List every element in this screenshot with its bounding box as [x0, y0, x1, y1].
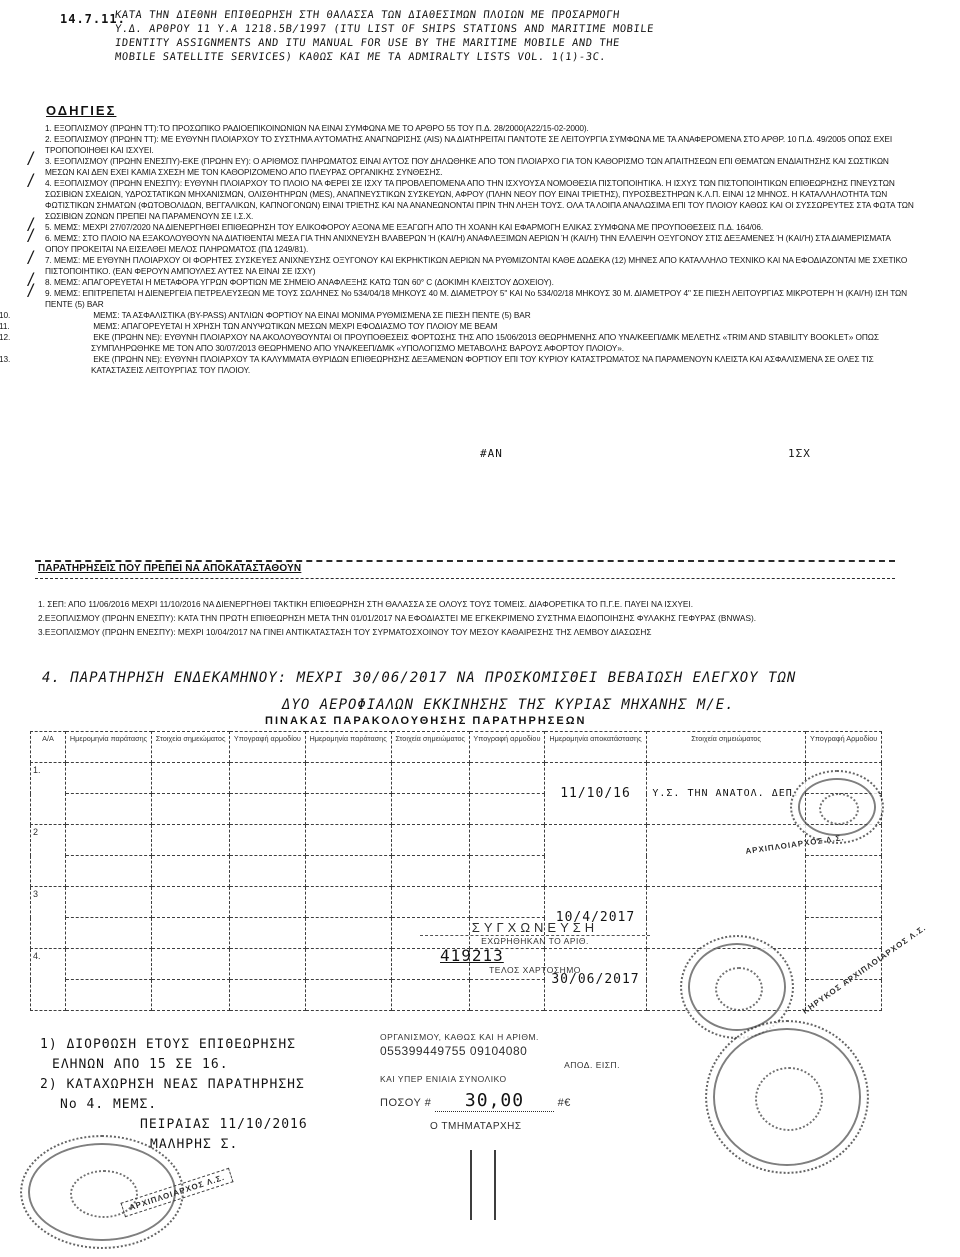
instruction-number: 13. [45, 354, 91, 365]
column-header: Υπογραφή αρμοδίου [230, 732, 305, 763]
table-cell [305, 949, 391, 980]
table-cell [469, 887, 544, 918]
table-cell [230, 825, 305, 856]
header-line: IDENTITY ASSIGNMENTS AND ITU MANUAL FOR … [114, 36, 654, 50]
handwritten-line: 2) ΚΑΤΑΧΩΡΗΣΗ ΝΕΑΣ ΠΑΡΑΤΗΡΗΣΗΣ [40, 1075, 308, 1095]
table-cell [469, 763, 544, 794]
table-cell [391, 794, 469, 825]
fee-stamp-line: ΤΕΛΟΣ ΧΑΡΤΟΣΗΜΟ [420, 965, 650, 975]
header-text: ΚΑΤΑ ΤΗΝ ΔΙΕΘΝΗ ΕΠΙΘΕΩΡΗΣΗ ΣΤΗ ΘΑΛΑΣΣΑ Τ… [115, 8, 654, 64]
instruction-item: /7. ΜΕΜΣ: ΜΕ ΕΥΘΥΝΗ ΠΛΟΙΑΡΧΟΥ ΟΙ ΦΟΡΗΤΕΣ… [45, 255, 915, 277]
instruction-number: 10. [45, 310, 91, 321]
instruction-number: 6. [45, 233, 52, 244]
table-cell [230, 794, 305, 825]
observation-item: 3.ΕΞΟΠΛΙΣΜΟΥ (ΠΡΩΗΝ ΕΝΕΣΠΥ): ΜΕΧΡΙ 10/04… [38, 625, 908, 639]
column-header: Στοιχεία σημειώματος [391, 732, 469, 763]
table-row: 310/4/2017 [31, 887, 882, 918]
fee-stamp-line: ΕΧΩΡΗΘΗΚΑΝ ΤΟ ΑΡΙΘ. [420, 936, 650, 946]
table-cell [152, 887, 230, 918]
column-header: Ημερομηνία παράτασης [66, 732, 152, 763]
instruction-text: ΕΚΕ (ΠΡΩΗΝ ΝΕ): ΕΥΘΥΝΗ ΠΛΟΙΑΡΧΟΥ ΤΑ ΚΑΛΥ… [91, 354, 874, 375]
instruction-item: 2. ΕΞΟΠΛΙΣΜΟΥ (ΠΡΩΗΝ ΤΤ): ΜΕ ΕΥΘΥΝΗ ΠΛΟΙ… [45, 134, 915, 156]
table-cell [66, 918, 152, 949]
table-cell [66, 794, 152, 825]
checkmark-icon: / [28, 154, 33, 165]
checkmark-icon: / [28, 176, 33, 187]
table-cell: 11/10/16 [545, 763, 647, 825]
column-header: Α/Α [31, 732, 66, 763]
table-cell: Υ.Σ. ΤΗΝ ΑΝΑΤΟΛ. ΔΕΠ. [646, 763, 805, 825]
instruction-number: 9. [45, 288, 52, 299]
instruction-number: 1. [45, 123, 52, 134]
instruction-text: ΜΕΜΣ: ΑΠΑΓΟΡΕΥΕΤΑΙ Η ΧΡΗΣΗ ΤΩΝ ΑΝΥΨΩΤΙΚΩ… [93, 321, 497, 331]
header-line: MOBILE SATELLITE SERVICES) ΚΑΘΩΣ ΚΑΙ ΜΕ … [114, 50, 654, 64]
table-cell [305, 980, 391, 1011]
fee-receipt-line: ΚΑΙ ΥΠΕΡ ΕΝΙΑΙΑ ΣΥΝΟΛΙΚΟ [380, 1072, 620, 1086]
table-row: 1.11/10/16Υ.Σ. ΤΗΝ ΑΝΑΤΟΛ. ΔΕΠ. [31, 763, 882, 794]
table-cell [152, 980, 230, 1011]
table-cell [391, 887, 469, 918]
row-number: 4. [31, 949, 66, 1011]
instruction-item: /9. ΜΕΜΣ: ΕΠΙΤΡΕΠΕΤΑΙ Η ΔΙΕΝΕΡΓΕΙΑ ΠΕΤΡΕ… [45, 288, 915, 310]
table-cell [230, 763, 305, 794]
table-cell [469, 980, 544, 1011]
table-cell [230, 887, 305, 918]
handwritten-line: Νο 4. ΜΕΜΣ. [40, 1095, 308, 1115]
handwritten-mark: #ΑΝ [480, 447, 503, 460]
handwritten-observation: 4. ΠΑΡΑΤΗΡΗΣΗ ΕΝΔΕΚΑΜΗΝΟΥ: ΜΕΧΡΙ 30/06/2… [42, 665, 796, 719]
official-stamp [790, 770, 884, 844]
table-cell [469, 856, 544, 887]
total-label: ΠΟΣΟΥ # [380, 1097, 431, 1109]
table-cell [66, 980, 152, 1011]
table-cell [66, 949, 152, 980]
table-cell [391, 763, 469, 794]
instruction-text: ΜΕΜΣ: ΣΤΟ ΠΛΟΙΟ ΝΑ ΕΞΑΚΟΛΟΥΘΟΥΝ ΝΑ ΔΙΑΤΙ… [45, 233, 890, 254]
table-cell [230, 856, 305, 887]
table-cell [806, 887, 882, 918]
instruction-number: 4. [45, 178, 52, 189]
instruction-text: ΜΕΜΣ: ΤΑ ΑΣΦΑΛΙΣΤΙΚΑ (BY-PASS) ΑΝΤΛΙΩΝ Φ… [93, 310, 530, 320]
instruction-text: ΜΕΜΣ: ΑΠΑΓΟΡΕΥΕΤΑΙ Η ΜΕΤΑΦΟΡΑ ΥΓΡΩΝ ΦΟΡΤ… [54, 277, 554, 287]
instruction-number: 7. [45, 255, 52, 266]
instruction-item: /11. ΜΕΜΣ: ΑΠΑΓΟΡΕΥΕΤΑΙ Η ΧΡΗΣΗ ΤΩΝ ΑΝΥΨ… [45, 321, 915, 332]
table-cell [469, 825, 544, 856]
instruction-text: ΜΕΜΣ: ΜΕΧΡΙ 27/07/2020 ΝΑ ΔΙΕΝΕΡΓΗΘΕΙ ΕΠ… [54, 222, 763, 232]
table-cell [66, 887, 152, 918]
signer-title: Ο ΤΜΗΜΑΤΑΡΧΗΣ [380, 1120, 620, 1134]
table-cell [152, 856, 230, 887]
header-line: Υ.Δ. ΑΡΘΡΟΥ 11 Υ.Α 1218.5Β/1997 (ITU LIS… [114, 22, 654, 36]
instruction-number: 12. [45, 332, 91, 343]
observations-list: 1. ΣΕΠ: ΑΠΟ 11/06/2016 ΜΕΧΡΙ 11/10/2016 … [38, 597, 908, 639]
handwritten-line: 1) ΔΙΟΡΘΩΣΗ ΕΤΟΥΣ ΕΠΙΘΕΩΡΗΣΗΣ [40, 1035, 308, 1055]
instruction-number: 11. [45, 321, 91, 332]
fee-receipt-line: ΑΠΟΔ. ΕΙΣΠ. [380, 1058, 620, 1072]
fee-receipt: ΟΡΓΑΝΙΣΜΟΥ, ΚΑΘΩΣ ΚΑΙ Η ΑΡΙΘΜ. 055399449… [380, 1030, 620, 1134]
header-line: ΚΑΤΑ ΤΗΝ ΔΙΕΘΝΗ ΕΠΙΘΕΩΡΗΣΗ ΣΤΗ ΘΑΛΑΣΣΑ Τ… [114, 8, 654, 22]
instruction-text: ΕΞΟΠΛΙΣΜΟΥ (ΠΡΩΗΝ ΤΤ): ΜΕ ΕΥΘΥΝΗ ΠΛΟΙΑΡΧ… [45, 134, 892, 155]
instructions-list: 1. ΕΞΟΠΛΙΣΜΟΥ (ΠΡΩΗΝ ΤΤ):ΤΟ ΠΡΟΣΩΠΙΚΟ ΡΑ… [45, 123, 915, 376]
total-value: 30,00 [435, 1090, 554, 1112]
divider [35, 578, 895, 580]
table-header-row: Α/ΑΗμερομηνία παράτασηςΣτοιχεία σημειώμα… [31, 732, 882, 763]
table-cell [152, 763, 230, 794]
instruction-number: 8. [45, 277, 52, 288]
table-cell [66, 856, 152, 887]
row-number: 2 [31, 825, 66, 887]
table-cell [66, 763, 152, 794]
column-header: Στοιχεία σημειώματος [152, 732, 230, 763]
fee-receipt-code: 055399449755 09104080 [380, 1044, 620, 1058]
instruction-text: ΜΕΜΣ: ΜΕ ΕΥΘΥΝΗ ΠΛΟΙΑΡΧΟΥ ΟΙ ΦΟΡΗΤΕΣ ΣΥΣ… [45, 255, 907, 276]
instruction-text: ΜΕΜΣ: ΕΠΙΤΡΕΠΕΤΑΙ Η ΔΙΕΝΕΡΓΕΙΑ ΠΕΤΡΕΛΕΥΣ… [45, 288, 907, 309]
table-cell [230, 949, 305, 980]
instruction-item: /4. ΕΞΟΠΛΙΣΜΟΥ (ΠΡΩΗΝ ΕΝΕΣΠΥ): ΕΥΘΥΝΗ ΠΛ… [45, 178, 915, 222]
row-number: 1. [31, 763, 66, 825]
table-cell [305, 918, 391, 949]
checkmark-icon: / [28, 231, 33, 242]
observation-item: 2.ΕΞΟΠΛΙΣΜΟΥ (ΠΡΩΗΝ ΕΝΕΣΠΥ): ΚΑΤΑ ΤΗΝ ΠΡ… [38, 611, 908, 625]
fee-receipt-line: ΟΡΓΑΝΙΣΜΟΥ, ΚΑΘΩΣ ΚΑΙ Η ΑΡΙΘΜ. [380, 1030, 620, 1044]
observations-title: ΠΑΡΑΤΗΡΗΣΕΙΣ ΠΟΥ ΠΡΕΠΕΙ ΝΑ ΑΠΟΚΑΤΑΣΤΑΘΟΥ… [38, 563, 301, 574]
table-cell [391, 825, 469, 856]
table-cell [230, 918, 305, 949]
column-header: Ημερομηνία αποκατάστασης [545, 732, 647, 763]
column-header: Ημερομηνία παράτασης [305, 732, 391, 763]
handwritten-mark: 1ΣΧ [788, 447, 811, 460]
instruction-number: 3. [45, 156, 52, 167]
table-cell [305, 856, 391, 887]
instruction-item: 1. ΕΞΟΠΛΙΣΜΟΥ (ΠΡΩΗΝ ΤΤ):ΤΟ ΠΡΟΣΩΠΙΚΟ ΡΑ… [45, 123, 915, 134]
column-header: Υπογραφή αρμοδίου [469, 732, 544, 763]
instruction-item: /13. ΕΚΕ (ΠΡΩΗΝ ΝΕ): ΕΥΘΥΝΗ ΠΛΟΙΑΡΧΟΥ ΤΑ… [45, 354, 915, 376]
table-cell [230, 980, 305, 1011]
table-cell [152, 949, 230, 980]
handwritten-line: ΠΕΙΡΑΙΑΣ 11/10/2016 [40, 1115, 308, 1135]
instruction-item: /5. ΜΕΜΣ: ΜΕΧΡΙ 27/07/2020 ΝΑ ΔΙΕΝΕΡΓΗΘΕ… [45, 222, 915, 233]
fee-stamp-number: 419213 [420, 946, 650, 965]
table-cell [391, 980, 469, 1011]
table-cell [305, 763, 391, 794]
table-cell [469, 794, 544, 825]
instruction-text: ΕΞΟΠΛΙΣΜΟΥ (ΠΡΩΗΝ ΕΝΕΣΠΥ): ΕΥΘΥΝΗ ΠΛΟΙΑΡ… [45, 178, 914, 221]
handwritten-line: ΕΛΗΝΩΝ ΑΠΟ 15 ΣΕ 16. [40, 1055, 308, 1075]
instruction-item: /3. ΕΞΟΠΛΙΣΜΟΥ (ΠΡΩΗΝ ΕΝΕΣΠΥ)-ΕΚΕ (ΠΡΩΗΝ… [45, 156, 915, 178]
fee-stamp-header: ΣΥΓΧΩΝΕΥΣΗ [420, 920, 650, 936]
table-cell [646, 825, 805, 887]
instruction-item: /12. ΕΚΕ (ΠΡΩΗΝ ΝΕ): ΕΥΘΥΝΗ ΠΛΟΙΑΡΧΟΥ ΝΑ… [45, 332, 915, 354]
table-cell [305, 887, 391, 918]
table-cell [305, 825, 391, 856]
column-header: Υπογραφή Αρμοδίου [806, 732, 882, 763]
handwritten-line: 4. ΠΑΡΑΤΗΡΗΣΗ ΕΝΔΕΚΑΜΗΝΟΥ: ΜΕΧΡΙ 30/06/2… [42, 665, 796, 692]
column-header: Στοιχεία σημειώματος [646, 732, 805, 763]
instruction-text: ΕΞΟΠΛΙΣΜΟΥ (ΠΡΩΗΝ ΕΝΕΣΠΥ)-ΕΚΕ (ΠΡΩΗΝ ΕΥ)… [45, 156, 889, 177]
fee-stamp: ΣΥΓΧΩΝΕΥΣΗ ΕΧΩΡΗΘΗΚΑΝ ΤΟ ΑΡΙΘ. 419213 ΤΕ… [420, 920, 650, 975]
instruction-item: /8. ΜΕΜΣ: ΑΠΑΓΟΡΕΥΕΤΑΙ Η ΜΕΤΑΦΟΡΑ ΥΓΡΩΝ … [45, 277, 915, 288]
tracking-table-title: ΠΙΝΑΚΑΣ ΠΑΡΑΚΟΛΟΥΘΗΣΗΣ ΠΑΡΑΤΗΡΗΣΕΩΝ [265, 715, 586, 727]
signature [470, 1150, 496, 1220]
table-cell [152, 825, 230, 856]
table-cell [66, 825, 152, 856]
instruction-item: /10. ΜΕΜΣ: ΤΑ ΑΣΦΑΛΙΣΤΙΚΑ (BY-PASS) ΑΝΤΛ… [45, 310, 915, 321]
table-cell [545, 825, 647, 887]
row-number: 3 [31, 887, 66, 949]
instruction-number: 2. [45, 134, 52, 145]
official-stamp-round [705, 1020, 869, 1174]
instruction-item: /6. ΜΕΜΣ: ΣΤΟ ΠΛΟΙΟ ΝΑ ΕΞΑΚΟΛΟΥΘΟΥΝ ΝΑ Δ… [45, 233, 915, 255]
table-cell [152, 918, 230, 949]
instruction-text: ΕΚΕ (ΠΡΩΗΝ ΝΕ): ΕΥΘΥΝΗ ΠΛΟΙΑΡΧΟΥ ΝΑ ΑΚΟΛ… [91, 332, 879, 353]
observation-item: 1. ΣΕΠ: ΑΠΟ 11/06/2016 ΜΕΧΡΙ 11/10/2016 … [38, 597, 908, 611]
instruction-number: 5. [45, 222, 52, 233]
instruction-text: ΕΞΟΠΛΙΣΜΟΥ (ΠΡΩΗΝ ΤΤ):ΤΟ ΠΡΟΣΩΠΙΚΟ ΡΑΔΙΟ… [54, 123, 589, 133]
checkmark-icon: / [28, 286, 33, 297]
instructions-title: ΟΔΗΓΙΕΣ [46, 103, 116, 118]
total-suffix: #€ [558, 1097, 571, 1109]
table-cell [391, 856, 469, 887]
checkmark-icon: / [28, 253, 33, 264]
table-cell [806, 856, 882, 887]
table-cell [152, 794, 230, 825]
table-cell [806, 918, 882, 949]
table-cell [305, 794, 391, 825]
